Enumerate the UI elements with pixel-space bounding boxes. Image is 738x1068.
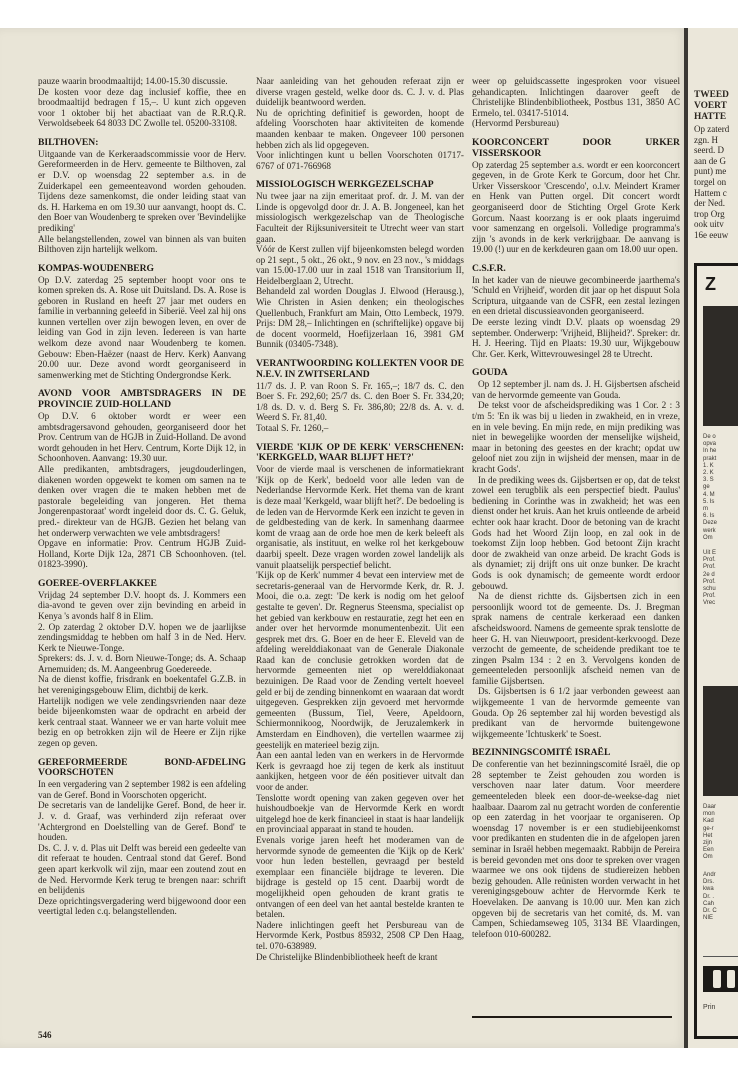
text-line: 3. S xyxy=(703,477,714,484)
text-line: Prof. xyxy=(703,593,716,600)
logo-glyph-icon xyxy=(713,970,721,988)
article-paragraph: Ds. C. J. v. d. Plas uit Delft was berei… xyxy=(38,843,246,896)
article-paragraph: Ds. Gijsbertsen is 6 1/2 jaar verbonden … xyxy=(472,686,680,739)
article-paragraph: De secretaris van de landelijke Geref. B… xyxy=(38,800,246,842)
article-paragraph: Behandeld zal worden Douglas J. Elwood (… xyxy=(256,286,464,350)
ad-title: Z xyxy=(705,274,716,295)
ad-divider xyxy=(703,956,738,957)
text-line: De o xyxy=(703,434,716,441)
article-paragraph: pauze waarin broodmaaltijd; 14.00-15.30 … xyxy=(38,76,246,87)
page-number: 546 xyxy=(38,1030,52,1040)
text-line: Het xyxy=(703,833,712,840)
article-paragraph: Tenslotte wordt opening van zaken gegeve… xyxy=(256,793,464,835)
article-paragraph: Na de dienst koffie, frisdrank en boeken… xyxy=(38,674,246,695)
text-line: kwa xyxy=(703,886,714,893)
text-line: Vrec xyxy=(703,600,715,607)
logo-glyph-icon xyxy=(727,970,735,988)
article-paragraph: Sprekers: ds. J. v. d. Born Nieuwe-Tonge… xyxy=(38,653,246,674)
text-line: 4. M xyxy=(703,492,715,499)
article-paragraph: Nu de oprichting definitief is geworden,… xyxy=(256,108,464,150)
magazine-page-right-fragment: TWEEDVOERTHATTE Op zaterdzgn. Hseerd. Da… xyxy=(688,28,738,1048)
article-heading: BILTHOVEN: xyxy=(38,138,246,149)
text-line: Prof. xyxy=(703,564,716,571)
text-line: werk xyxy=(703,528,716,535)
text-line: Daar xyxy=(703,804,716,811)
article-paragraph: De Christelijke Blindenbibliotheek heeft… xyxy=(256,952,464,963)
text-line: zgn. H xyxy=(694,135,718,146)
text-line: Cah xyxy=(703,901,714,908)
article-paragraph: Nadere inlichtingen geeft het Persbureau… xyxy=(256,920,464,952)
article-paragraph: Alle belangstellenden, zowel van binnen … xyxy=(38,234,246,255)
text-line: Drs. xyxy=(703,879,714,886)
ad-photo-bottom xyxy=(703,686,738,796)
article-paragraph: Aan een aantal leden van en werkers in d… xyxy=(256,750,464,792)
article-paragraph: 11/7 ds. J. P. van Roon S. Fr. 165,–; 18… xyxy=(256,381,464,423)
text-line: 16e eeuw xyxy=(694,230,728,241)
text-line: Prof. xyxy=(703,557,716,564)
text-line: mon xyxy=(703,811,715,818)
magazine-page-left: pauze waarin broodmaaltijd; 14.00-15.30 … xyxy=(0,28,688,1048)
article-paragraph: In de prediking wees ds. Gijsbertsen er … xyxy=(472,475,680,592)
text-line: prakt xyxy=(703,456,716,463)
article-paragraph: (Hervormd Persbureau) xyxy=(472,118,680,129)
text-line: ook uitv xyxy=(694,219,724,230)
text-line: m xyxy=(703,506,708,513)
article-paragraph: Vrijdag 24 september D.V. hoopt ds. J. K… xyxy=(38,590,246,622)
article-paragraph: Naar aanleiding van het gehouden referaa… xyxy=(256,76,464,108)
advertisement-box: Z De oopvaIn heprakt1. K2. K3. S ge4. M5… xyxy=(694,263,738,1039)
text-line: Om xyxy=(703,535,713,542)
text-line: torgel on xyxy=(694,177,726,188)
text-line: ge xyxy=(703,484,710,491)
text-line: Prof. xyxy=(703,579,716,586)
article-paragraph: In een vergadering van 2 september 1982 … xyxy=(38,779,246,800)
article-paragraph: Voor inlichtingen kunt u bellen Voorscho… xyxy=(256,150,464,171)
text-line: zijn xyxy=(703,840,712,847)
article-paragraph: Vóór de Kerst zullen vijf bijeenkomsten … xyxy=(256,244,464,286)
article-heading: VIERDE 'KIJK OP DE KERK' VERSCHENEN: 'KE… xyxy=(256,443,464,465)
text-line: In he xyxy=(703,448,716,455)
text-line: Dr. C xyxy=(703,908,717,915)
text-line: Kad xyxy=(703,818,714,825)
article-paragraph: Uitgaande van de Kerkeraadscommissie voo… xyxy=(38,149,246,234)
article-paragraph: weer op geluidscassette ingesproken voor… xyxy=(472,76,680,118)
article-paragraph: Op D.V. 6 oktober wordt er weer een ambt… xyxy=(38,411,246,464)
text-column-1: pauze waarin broodmaaltijd; 14.00-15.30 … xyxy=(38,76,246,917)
article-heading: GOUDA xyxy=(472,368,680,379)
text-line: seerd. D xyxy=(694,145,724,156)
text-line: Andr xyxy=(703,872,716,879)
article-paragraph: Alle predikanten, ambtsdragers, jeugdoud… xyxy=(38,464,246,538)
article-paragraph: Hartelijk nodigen we vele zendingsvriend… xyxy=(38,696,246,749)
article-paragraph: Voor de vierde maal is verschenen de inf… xyxy=(256,464,464,570)
article-heading: MISSIOLOGISCH WERKGEZELSCHAP xyxy=(256,180,464,191)
article-paragraph: Deze oprichtingsvergadering werd bijgewo… xyxy=(38,896,246,917)
text-line: schu xyxy=(703,586,716,593)
text-line: 2e d xyxy=(703,572,715,579)
text-line: Dr. . xyxy=(703,894,714,901)
article-heading: C.S.F.R. xyxy=(472,264,680,275)
article-heading: AVOND VOOR AMBTSDRAGERS IN DE PROVINCIE … xyxy=(38,389,246,411)
publisher-logo xyxy=(703,966,738,992)
text-line: aan de G xyxy=(694,156,726,167)
text-line: 6. Is xyxy=(703,513,714,520)
article-paragraph: Op 12 september jl. nam ds. J. H. Gijsbe… xyxy=(472,379,680,400)
text-line: ge-r xyxy=(703,826,714,833)
text-line: Om xyxy=(703,854,713,861)
text-line: 2. K xyxy=(703,470,714,477)
article-paragraph: De tekst voor de afscheidsprediking was … xyxy=(472,400,680,474)
ad-photo-top xyxy=(703,306,738,426)
text-column-2: Naar aanleiding van het gehouden referaa… xyxy=(256,76,464,962)
article-paragraph: Nu twee jaar na zijn emeritaat prof. dr.… xyxy=(256,191,464,244)
article-paragraph: De kosten voor deze dag inclusief koffie… xyxy=(38,87,246,129)
article-paragraph: Na de dienst richtte ds. Gijsbertsen zic… xyxy=(472,591,680,686)
article-paragraph: Evenals vorige jaren heeft het moderamen… xyxy=(256,835,464,920)
article-paragraph: 'Kijk op de Kerk' nummer 4 bevat een int… xyxy=(256,570,464,750)
article-paragraph: Totaal S. Fr. 1260,– xyxy=(256,423,464,434)
article-paragraph: Op zaterdag 25 september a.s. wordt er e… xyxy=(472,160,680,255)
article-heading: GOEREE-OVERFLAKKEE xyxy=(38,579,246,590)
ad-footer: Prin xyxy=(703,1004,715,1011)
text-line: Deze xyxy=(703,520,717,527)
text-line: der Ned. xyxy=(694,198,725,209)
article-paragraph: De conferentie van het bezinningscomité … xyxy=(472,759,680,939)
text-line: Hattem c xyxy=(694,188,727,199)
article-paragraph: De eerste lezing vindt D.V. plaats op wo… xyxy=(472,317,680,359)
text-line: punt) me xyxy=(694,166,726,177)
text-line: opva xyxy=(703,441,716,448)
article-heading: GEREFORMEERDE BOND-AFDELING VOORSCHOTEN xyxy=(38,758,246,780)
article-paragraph: Op D.V. zaterdag 25 september hoopt voor… xyxy=(38,275,246,381)
article-paragraph: In het kader van de nieuwe gecombineerde… xyxy=(472,275,680,317)
text-line: TWEED xyxy=(694,90,729,101)
text-line: VOERT xyxy=(694,101,727,112)
text-line: Op zaterd xyxy=(694,124,729,135)
text-line: NIE xyxy=(703,915,713,922)
article-paragraph: Opgave en informatie: Prov. Centrum HGJB… xyxy=(38,538,246,570)
text-line: 1. K xyxy=(703,463,714,470)
article-heading: KOORCONCERT DOOR URKER VISSERSKOOR xyxy=(472,138,680,160)
section-end-rule xyxy=(472,1016,672,1018)
article-heading: KOMPAS-WOUDENBERG xyxy=(38,264,246,275)
article-paragraph: 2. Op zaterdag 2 oktober D.V. hopen we d… xyxy=(38,622,246,654)
article-heading: BEZINNINGSCOMITÉ ISRAËL xyxy=(472,748,680,759)
text-line: 5. Is xyxy=(703,499,714,506)
text-line: HATTE xyxy=(694,112,726,123)
article-heading: VERANTWOORDING KOLLEKTEN VOOR DE N.E.V. … xyxy=(256,359,464,381)
text-line: Uit E xyxy=(703,550,716,557)
text-column-3: weer op geluidscassette ingesproken voor… xyxy=(472,76,680,939)
text-line: trop Org xyxy=(694,209,725,220)
text-line: Een xyxy=(703,847,714,854)
